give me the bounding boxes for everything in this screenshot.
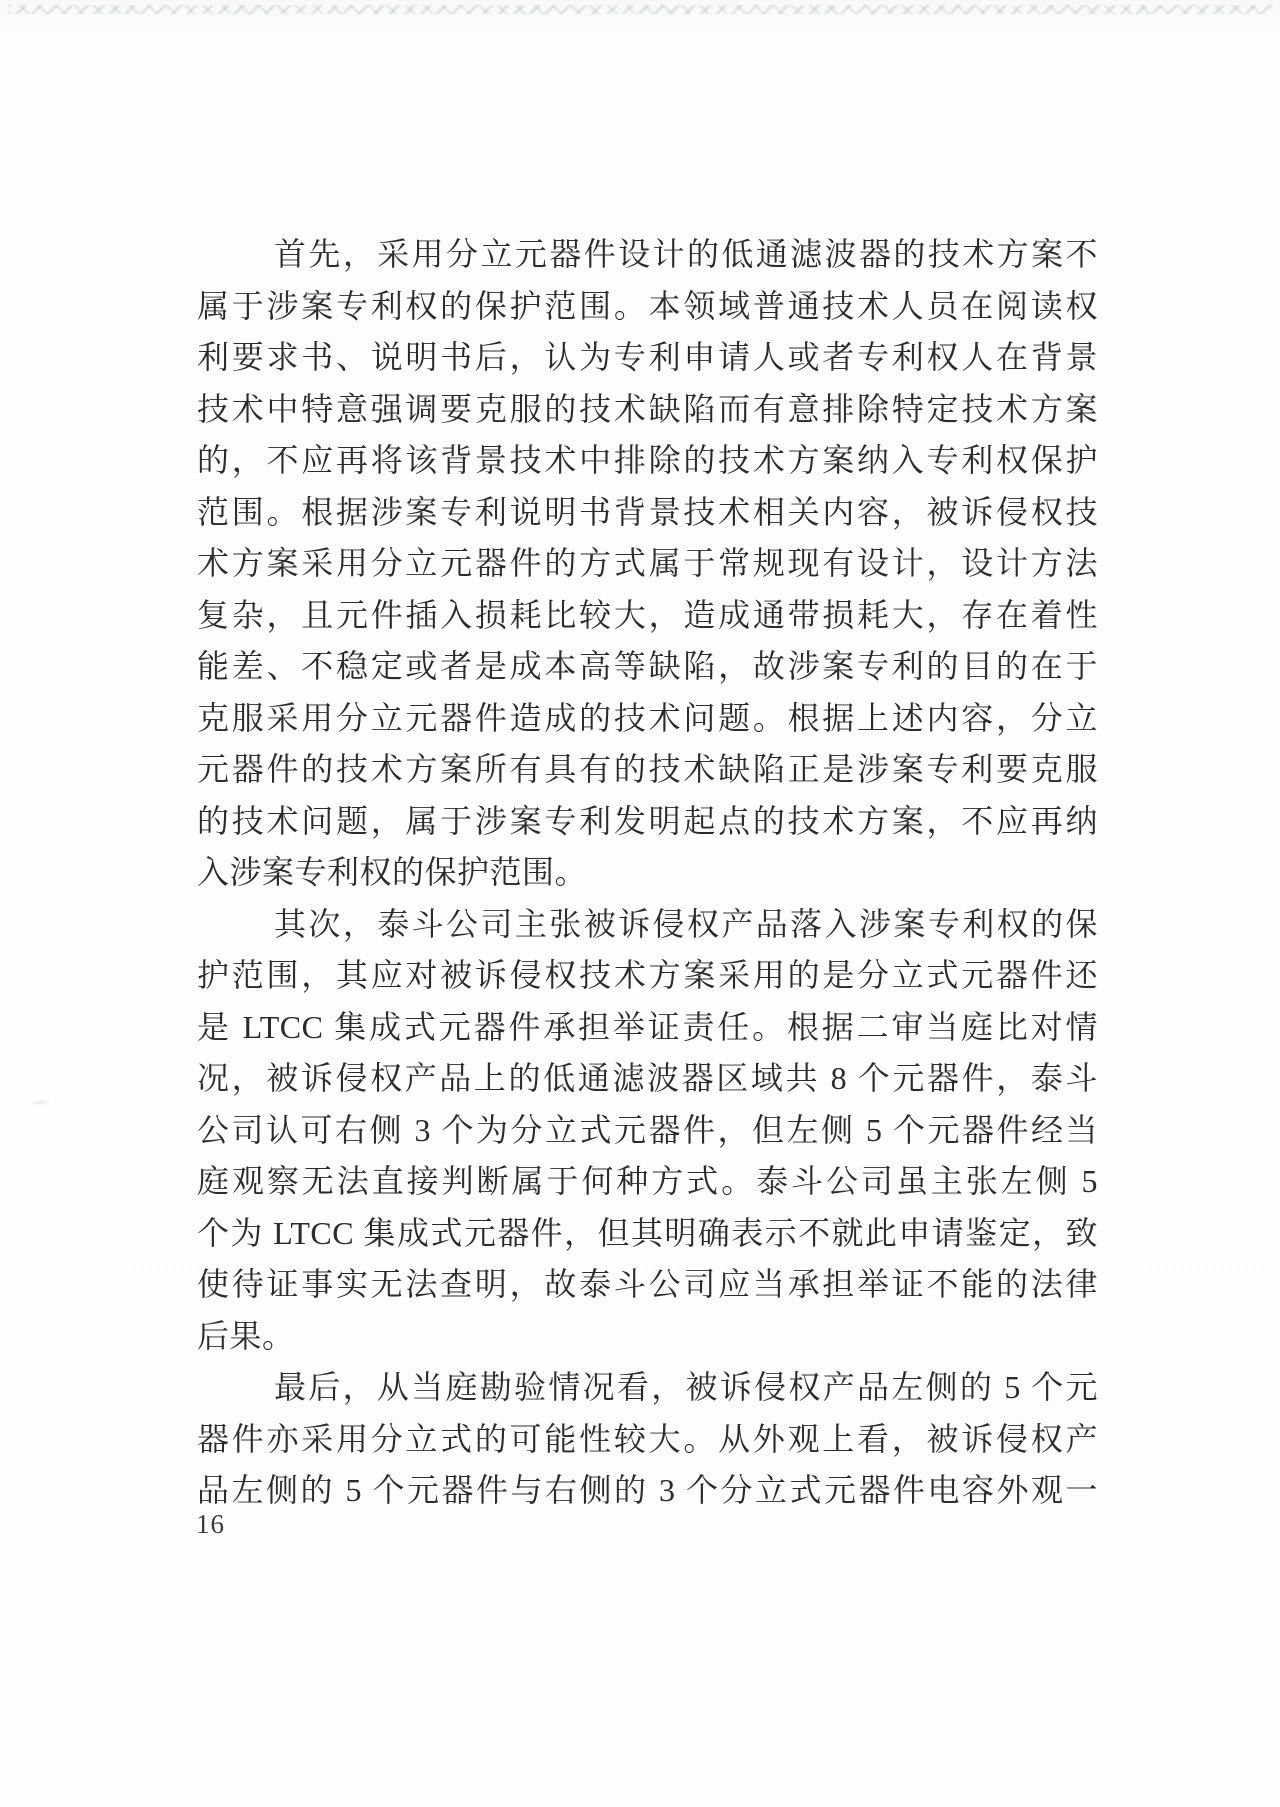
page-background: 首先，采用分立元器件设计的低通滤波器的技术方案不 属于涉案专利权的保护范围。本领…	[0, 0, 1280, 1807]
text-line: 能差、不稳定或者是成本高等缺陷，故涉案专利的目的在于	[197, 641, 1098, 693]
paragraph-3: 最后，从当庭勘验情况看，被诉侵权产品左侧的 5 个元 器件亦采用分立式的可能性较…	[197, 1362, 1098, 1517]
text-line: 范围。根据涉案专利说明书背景技术相关内容，被诉侵权技	[197, 487, 1098, 539]
text-line: 后果。	[197, 1311, 1098, 1363]
paragraph-2: 其次，泰斗公司主张被诉侵权产品落入涉案专利权的保 护范围，其应对被诉侵权技术方案…	[197, 899, 1098, 1363]
scan-top-edge-artifact	[8, 5, 1272, 14]
text-line: 的，不应再将该背景技术中排除的技术方案纳入专利权保护	[197, 435, 1098, 487]
text-line: 首先，采用分立元器件设计的低通滤波器的技术方案不	[197, 229, 1098, 281]
text-line: 利要求书、说明书后，认为专利申请人或者专利权人在背景	[197, 332, 1098, 384]
text-line: 个为 LTCC 集成式元器件，但其明确表示不就此申请鉴定，致	[197, 1208, 1098, 1260]
text-line: 是 LTCC 集成式元器件承担举证责任。根据二审当庭比对情	[197, 1002, 1098, 1054]
text-line: 庭观察无法直接判断属于何种方式。泰斗公司虽主张左侧 5	[197, 1156, 1098, 1208]
text-line: 技术中特意强调要克服的技术缺陷而有意排除特定技术方案	[197, 384, 1098, 436]
text-line: 术方案采用分立元器件的方式属于常规现有设计，设计方法	[197, 538, 1098, 590]
text-line: 公司认可右侧 3 个为分立式元器件，但左侧 5 个元器件经当	[197, 1105, 1098, 1157]
text-line: 元器件的技术方案所有具有的技术缺陷正是涉案专利要克服	[197, 744, 1098, 796]
text-line: 的技术问题，属于涉案专利发明起点的技术方案，不应再纳	[197, 796, 1098, 848]
text-line: 克服采用分立元器件造成的技术问题。根据上述内容，分立	[197, 693, 1098, 745]
text-line: 品左侧的 5 个元器件与右侧的 3 个分立式元器件电容外观一	[197, 1465, 1098, 1517]
text-line: 最后，从当庭勘验情况看，被诉侵权产品左侧的 5 个元	[197, 1362, 1098, 1414]
text-line: 器件亦采用分立式的可能性较大。从外观上看，被诉侵权产	[197, 1414, 1098, 1466]
text-line: 使待证事实无法查明，故泰斗公司应当承担举证不能的法律	[197, 1259, 1098, 1311]
text-line: 入涉案专利权的保护范围。	[197, 847, 1098, 899]
text-line: 况，被诉侵权产品上的低通滤波器区域共 8 个元器件，泰斗	[197, 1053, 1098, 1105]
scan-smudge-artifact	[30, 1099, 50, 1106]
text-line: 属于涉案专利权的保护范围。本领域普通技术人员在阅读权	[197, 281, 1098, 333]
text-line: 护范围，其应对被诉侵权技术方案采用的是分立式元器件还	[197, 950, 1098, 1002]
judgment-text-block: 首先，采用分立元器件设计的低通滤波器的技术方案不 属于涉案专利权的保护范围。本领…	[197, 229, 1098, 1517]
paragraph-1: 首先，采用分立元器件设计的低通滤波器的技术方案不 属于涉案专利权的保护范围。本领…	[197, 229, 1098, 899]
text-line: 复杂，且元件插入损耗比较大，造成通带损耗大，存在着性	[197, 590, 1098, 642]
scanned-document: { "page": { "number": "16", "kind": "sca…	[0, 0, 1280, 1807]
page-number: 16	[196, 1508, 225, 1540]
text-line: 其次，泰斗公司主张被诉侵权产品落入涉案专利权的保	[197, 899, 1098, 951]
